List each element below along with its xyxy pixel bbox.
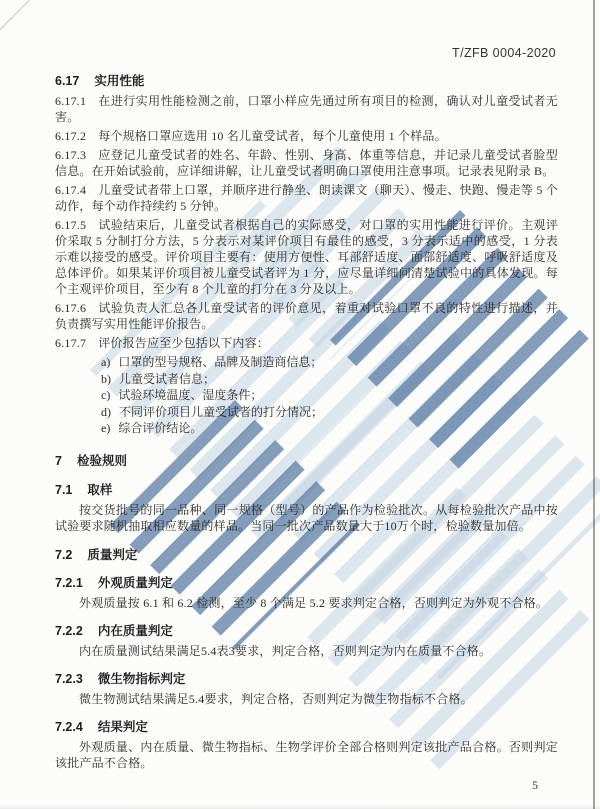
clause-6.17.7: 6.17.7评价报告应至少包括以下内容：	[55, 335, 558, 351]
clause-text: 在进行实用性能检测之前，口罩小样应先通过所有项目的检测，确认对儿童受试者无害。	[55, 94, 558, 124]
clause-text: 试验负责人汇总各儿童受试者的评价意见，着重对试验口罩不良的特性进行描述，并负责撰…	[55, 301, 558, 331]
section-title: 取样	[87, 483, 112, 497]
list-item-label: a)	[101, 355, 110, 369]
clause-number: 6.17.5	[55, 218, 86, 232]
section-number: 7.2.3	[55, 672, 83, 686]
list-item-label: b)	[101, 372, 111, 386]
clause-6.17.4: 6.17.4儿童受试者带上口罩，并顺序进行静坐、朗读课文（聊天）、慢走、快跑、慢…	[55, 182, 558, 214]
list-item-d: d)不同评价项目儿童受试者的打分情况；	[101, 404, 558, 421]
section-title: 实用性能	[94, 74, 144, 88]
list-item-label: e)	[101, 421, 110, 435]
section-heading-7.2.2: 7.2.2内在质量判定	[55, 623, 558, 639]
section-number: 6.17	[55, 74, 79, 88]
paragraph-text: 外观质量按 6.1 和 6.2 检测，至少 8 个满足 5.2 要求判定合格，否…	[79, 596, 548, 610]
clause-text: 儿童受试者带上口罩，并顺序进行静坐、朗读课文（聊天）、慢走、快跑、慢走等 5 个…	[55, 183, 558, 213]
section-heading-6.17: 6.17实用性能	[55, 73, 558, 89]
section-heading-7.2.3: 7.2.3微生物指标判定	[55, 671, 558, 687]
section-heading-7.2.1: 7.2.1外观质量判定	[55, 575, 558, 591]
clause-number: 6.17.2	[55, 129, 86, 143]
section-heading-7: 7检验规则	[55, 453, 558, 469]
clause-number: 6.17.1	[55, 94, 86, 108]
paragraph-text: 内在质量测试结果满足5.4表3要求，判定合格，否则判定为内在质量不合格。	[79, 644, 491, 658]
scan-edge-shadow	[0, 805, 600, 809]
paragraph-text: 按交货批号的同一品种、同一规格（型号）的产品作为检验批次。从每检验批次产品中按试…	[55, 503, 558, 533]
clause-number: 6.17.6	[55, 301, 86, 315]
section-number: 7.2.1	[55, 576, 83, 590]
clause-number: 6.17.7	[55, 336, 86, 350]
paragraph-text: 微生物测试结果满足5.4要求，判定合格，否则判定为微生物指标不合格。	[79, 692, 473, 706]
list-item-a: a)口罩的型号规格、品牌及制造商信息；	[101, 354, 558, 371]
clause-text: 评价报告应至少包括以下内容：	[98, 336, 269, 350]
section-number: 7.2	[55, 548, 72, 562]
section-title: 外观质量判定	[98, 576, 173, 590]
clause-6.17.1: 6.17.1在进行实用性能检测之前，口罩小样应先通过所有项目的检测，确认对儿童受…	[55, 93, 558, 125]
section-title: 质量判定	[87, 548, 137, 562]
list-item-text: 儿童受试者信息；	[119, 372, 215, 386]
paragraph: 按交货批号的同一品种、同一规格（型号）的产品作为检验批次。从每检验批次产品中按试…	[55, 502, 558, 534]
list-item-text: 试验环境温度、湿度条件；	[118, 388, 262, 402]
list-item-text: 不同评价项目儿童受试者的打分情况；	[119, 405, 323, 419]
standard-code-header: T/ZFB 0004-2020	[452, 46, 556, 60]
list-item-label: d)	[101, 405, 111, 419]
page-number: 5	[532, 778, 538, 793]
list-item-label: c)	[101, 388, 110, 402]
section-number: 7.2.4	[55, 720, 83, 734]
section-heading-7.2.4: 7.2.4结果判定	[55, 719, 558, 735]
section-heading-7.2: 7.2质量判定	[55, 547, 558, 563]
list-item-text: 综合评价结论。	[118, 421, 202, 435]
clause-number: 6.17.3	[55, 148, 86, 162]
scan-artifact	[0, 0, 32, 31]
list-item-text: 口罩的型号规格、品牌及制造商信息；	[118, 355, 322, 369]
section-number: 7.1	[55, 483, 72, 497]
paragraph: 外观质量、内在质量、微生物指标、生物学评价全部合格则判定该批产品合格。否则判定该…	[55, 739, 558, 771]
section-title: 内在质量判定	[98, 624, 173, 638]
section-title: 结果判定	[98, 720, 148, 734]
clause-text: 应登记儿童受试者的姓名、年龄、性别、身高、体重等信息，并记录儿童受试者脸型信息。…	[55, 148, 558, 178]
list-item-b: b)儿童受试者信息；	[101, 371, 558, 388]
clause-number: 6.17.4	[55, 183, 86, 197]
section-title: 检验规则	[77, 454, 127, 468]
clause-6.17.2: 6.17.2每个规格口罩应选用 10 名儿童受试者，每个儿童使用 1 个样品。	[55, 128, 558, 144]
section-number: 7	[55, 454, 62, 468]
clause-6.17.6: 6.17.6试验负责人汇总各儿童受试者的评价意见，着重对试验口罩不良的特性进行描…	[55, 300, 558, 332]
scanned-document-page: T/ZFB 0004-2020 6.17实用性能6.17.1在进行实用性能检测之…	[0, 0, 600, 809]
paragraph-text: 外观质量、内在质量、微生物指标、生物学评价全部合格则判定该批产品合格。否则判定该…	[55, 740, 558, 770]
list-item-c: c)试验环境温度、湿度条件；	[101, 387, 558, 404]
clause-6.17.5: 6.17.5试验结束后，儿童受试者根据自己的实际感受，对口罩的实用性能进行评价。…	[55, 217, 558, 297]
scan-edge-line	[593, 0, 595, 809]
clause-text: 每个规格口罩应选用 10 名儿童受试者，每个儿童使用 1 个样品。	[98, 129, 447, 143]
clause-6.17.3: 6.17.3应登记儿童受试者的姓名、年龄、性别、身高、体重等信息，并记录儿童受试…	[55, 147, 558, 179]
lettered-list: a)口罩的型号规格、品牌及制造商信息；b)儿童受试者信息；c)试验环境温度、湿度…	[55, 354, 558, 437]
section-heading-7.1: 7.1取样	[55, 482, 558, 498]
clause-text: 试验结束后，儿童受试者根据自己的实际感受，对口罩的实用性能进行评价。主观评价采取…	[55, 218, 558, 296]
document-body: 6.17实用性能6.17.1在进行实用性能检测之前，口罩小样应先通过所有项目的检…	[55, 60, 558, 774]
paragraph: 内在质量测试结果满足5.4表3要求，判定合格，否则判定为内在质量不合格。	[55, 643, 558, 659]
list-item-e: e)综合评价结论。	[101, 420, 558, 437]
paragraph: 微生物测试结果满足5.4要求，判定合格，否则判定为微生物指标不合格。	[55, 691, 558, 707]
paragraph: 外观质量按 6.1 和 6.2 检测，至少 8 个满足 5.2 要求判定合格，否…	[55, 595, 558, 611]
section-number: 7.2.2	[55, 624, 83, 638]
section-title: 微生物指标判定	[98, 672, 186, 686]
